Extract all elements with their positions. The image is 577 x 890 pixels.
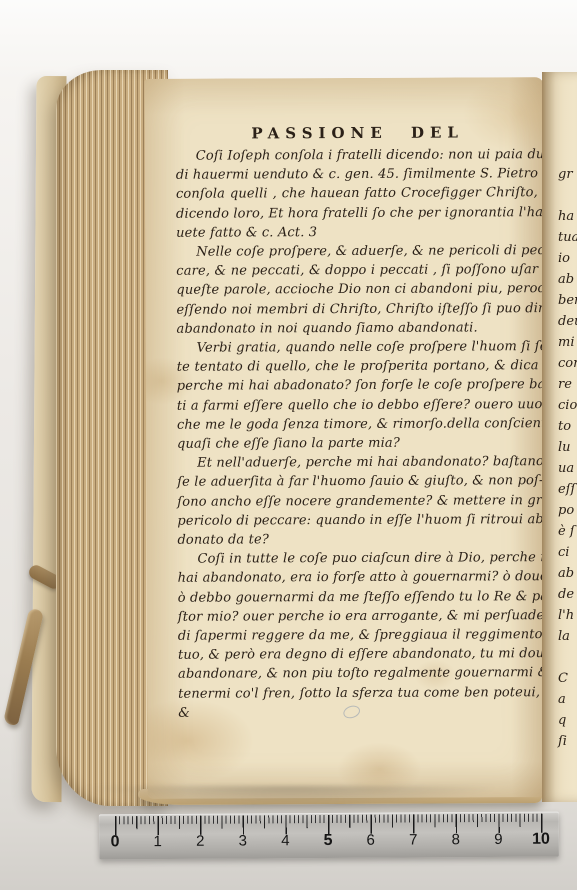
facing-text-fragment: lu [558,437,577,458]
facing-text-fragment: io [558,248,577,269]
running-header: PASSIONE DEL [175,123,541,143]
text-line: quaſi che eſſe ſiano la parte mia? [177,433,539,454]
book-photograph: PASSIONE DEL Coſi Ioſeph conſola i frate… [0,0,577,890]
text-line: dicendo loro, Et hora fratelli ſo che pe… [176,203,538,224]
text-line: tuo, & però era degno di eſſere abandona… [178,644,540,665]
book: PASSIONE DEL Coſi Ioſeph conſola i frate… [34,70,577,810]
paragraph: Coſi Ioſeph conſola i fratelli dicendo: … [176,145,538,243]
text-line: ſtor mio? ouer perche io era arrogante, … [178,606,540,627]
facing-text-fragment: ab [558,563,577,584]
facing-page-text: gr hatuaioabberdeumiconreciotoluuaeſſpoè… [558,164,577,752]
ruler-number: 4 [281,832,289,849]
ruler-number: 3 [239,833,247,850]
facing-text-fragment: re [558,374,577,395]
facing-text-fragment: q [558,710,577,731]
text-line: donato da te? [177,529,539,550]
facing-text-fragment: a [558,689,577,710]
text-line: di hauermi uenduto & c. gen. 45. ſimilme… [176,164,538,185]
facing-text-fragment: C [558,668,577,689]
facing-text-fragment: de [558,584,577,605]
facing-text-fragment: tua [558,227,577,248]
ruler-number: 8 [452,831,460,848]
text-line: tenermi co'l fren, ſotto la sferza tua c… [178,683,540,723]
ruler-scale: 012345678910 [115,831,543,856]
facing-text-fragment: ci [558,542,577,563]
paragraph: Et nell'aduerſe, perche mi hai abandonat… [177,452,539,550]
facing-text-fragment: cio [558,395,577,416]
text-line: te tentato di quello, che le proſperita … [177,356,539,377]
text-line: Nelle coſe proſpere, & aduerſe, & ne per… [176,241,538,262]
text-line: abandonare, & non piu toſto regalmente g… [178,664,540,685]
paragraph: Nelle coſe proſpere, & aduerſe, & ne per… [176,241,538,339]
ruler-number: 1 [153,833,161,850]
text-line: ò debbo gouernarmi da me ſteſſo eſſendo … [178,587,540,608]
text-line: perche mi hai abadonato? ſon forſe le co… [177,376,539,397]
paragraph: Verbi gratia, quando nelle coſe proſpere… [177,337,539,454]
paragraph: Coſi in tutte le coſe puo ciaſcun dire à… [177,548,540,722]
ruler-number: 2 [196,833,204,850]
text-line: ſono ancho eſſe nocere grandemente? & me… [177,491,539,512]
facing-text-fragment: deu [558,311,577,332]
text-line: Coſi Ioſeph conſola i fratelli dicendo: … [176,145,538,166]
facing-text-fragment: to [558,416,577,437]
facing-text-fragment: ua [558,458,577,479]
book-page: PASSIONE DEL Coſi Ioſeph conſola i frate… [144,77,547,799]
ruler-number: 9 [494,831,502,848]
facing-text-fragment: eſſ [558,479,577,500]
text-line: di ſapermi reggere da me, & ſpreggiaua i… [178,625,540,646]
ruler-number: 0 [111,833,120,851]
page-text-block: Coſi Ioſeph conſola i fratelli dicendo: … [176,145,541,723]
facing-text-fragment: la [558,626,577,647]
facing-text-fragment: gr [558,164,577,185]
facing-text-fragment: ha [558,206,577,227]
text-line: che me le goda ſenza timore, & rimorſo.d… [177,414,539,435]
facing-text-fragment: con [558,353,577,374]
text-line: Verbi gratia, quando nelle coſe proſpere… [177,337,539,358]
facing-text-fragment: l'h [558,605,577,626]
ruler-number: 5 [324,832,333,850]
facing-text-fragment: ſi [558,731,577,752]
text-line: queſte parole, accioche Dio non ci aband… [176,280,538,301]
facing-text-fragment: ab [558,269,577,290]
ruler-number: 6 [366,832,374,849]
text-line: conſola quelli , che hauean fatto Crocef… [176,184,538,205]
text-line: Coſi in tutte le coſe puo ciaſcun dire à… [177,548,539,569]
text-line: Et nell'aduerſe, perche mi hai abandonat… [177,452,539,473]
facing-text-fragment: mi [558,332,577,353]
ruler-number: 10 [532,831,550,849]
ruler: 012345678910 [99,812,559,860]
text-line: care, & ne peccati, & doppo i peccati , … [176,260,538,281]
facing-text-fragment: ber [558,290,577,311]
text-line: hai abandonato, era io forſe atto à goue… [178,568,540,589]
text-line: pericolo di peccare: quando in eſſe l'hu… [177,510,539,531]
text-line: abandonato in noi quando ſiamo abandonat… [176,318,538,339]
text-line: uete fatto & c. Act. 3 [176,222,538,243]
facing-text-fragment: è ſ [558,521,577,542]
text-line: eſſendo noi membri di Chriſto, Chriſto i… [176,299,538,320]
book-shadow [30,786,550,812]
facing-text-fragment: po [558,500,577,521]
facing-text-fragment [558,647,577,668]
facing-page-sliver: gr hatuaioabberdeumiconreciotoluuaeſſpoè… [542,72,577,802]
text-line: ſe le aduerſita à far l'huomo ſauio & gi… [177,472,539,493]
facing-text-fragment [558,185,577,206]
text-line: ti a farmi eſſere quello che io debbo eſ… [177,395,539,416]
ruler-number: 7 [409,831,417,848]
